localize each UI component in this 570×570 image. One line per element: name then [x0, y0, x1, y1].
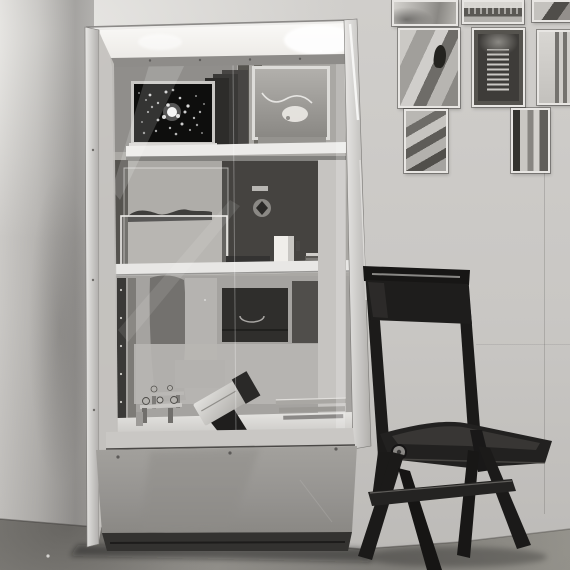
wall-photo-doorway [511, 108, 550, 173]
glass-specimen-box [121, 168, 228, 272]
photo-image [513, 110, 548, 171]
photo-image [464, 2, 522, 22]
photo-image [406, 111, 446, 171]
display-case [46, 19, 372, 562]
wall-photo-top-3 [532, 0, 570, 22]
photo-image [394, 2, 456, 24]
chair-floor-shadow [363, 547, 547, 567]
case-left-frame [85, 27, 99, 547]
photo-image [400, 30, 458, 106]
wall-photo-top-2 [462, 0, 524, 24]
wall-photo-pipes [537, 30, 570, 105]
wall-photo-stairs-small [404, 109, 448, 173]
plate-exhibit [252, 66, 330, 151]
case-base [96, 428, 357, 551]
cabinet-behind [222, 288, 288, 342]
flat-rails [276, 398, 346, 420]
photo-image [474, 30, 523, 105]
photograph [0, 0, 570, 570]
dark-backdrop [222, 161, 322, 264]
wall-photo-grid-window [472, 28, 525, 107]
wall-photo-staircase-large [398, 28, 460, 108]
photo-image [539, 32, 570, 103]
photo-image [534, 2, 570, 20]
wall-photo-top-1 [392, 0, 458, 26]
chair [358, 266, 552, 570]
